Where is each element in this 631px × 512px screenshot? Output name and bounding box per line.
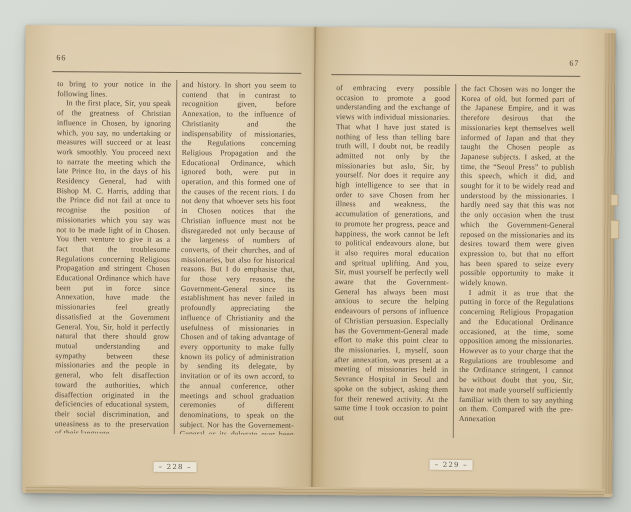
page-edge-tab xyxy=(610,194,618,206)
page-edges-right xyxy=(600,33,615,494)
paragraph: to bring to your notice in the following… xyxy=(57,79,171,99)
book-spread: 66 to bring to your notice in the follow… xyxy=(22,25,615,497)
paragraph: the fact Chosen was no longer the Korea … xyxy=(460,84,575,289)
paragraph: of embracing every possible occasion to … xyxy=(334,83,450,423)
scan-background: 66 to bring to your notice in the follow… xyxy=(0,0,631,512)
paragraph: In the first place, Sir, you speak of th… xyxy=(55,99,171,434)
page-edge-tab xyxy=(610,220,619,239)
left-page-column-1: to bring to your notice in the following… xyxy=(50,79,176,434)
paragraph: I admit it as true that the putting in f… xyxy=(459,288,574,425)
paragraph: and history. In short you seem to conten… xyxy=(180,80,297,435)
right-page-text-block: of embracing every possible occasion to … xyxy=(329,83,580,439)
left-page-column-2: and history. In short you seem to conten… xyxy=(175,80,301,435)
page-number-right: 67 xyxy=(331,57,579,68)
footer-page-label-left: – 228 – xyxy=(154,462,197,472)
page-number-left: 66 xyxy=(56,53,66,62)
right-page-column-1: of embracing every possible occasion to … xyxy=(329,83,455,438)
left-page-text-block: to bring to your notice in the following… xyxy=(50,79,301,435)
footer-page-label-right: – 229 – xyxy=(430,460,473,470)
right-page-column-2: the fact Chosen was no longer the Korea … xyxy=(454,84,580,439)
